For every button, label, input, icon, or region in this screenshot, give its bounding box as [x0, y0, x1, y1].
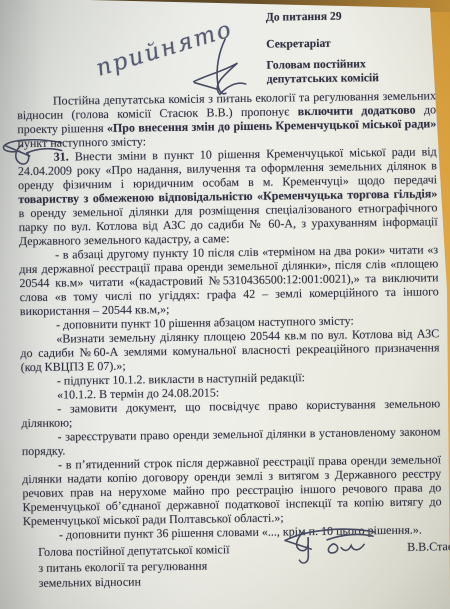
addressee-line: депутатських комісій	[267, 70, 443, 86]
question-reference: До питання 29	[266, 8, 442, 24]
signer-role-block: Голова постійної депутатської комісії з …	[38, 542, 269, 592]
addressee-secretariat: Секретаріат	[266, 35, 442, 51]
paragraph-quote-recognize-land: «Визнати земельну ділянку площею 20544 к…	[20, 326, 440, 374]
signer-role-line: земельних відносин	[39, 573, 269, 592]
text-run: - в абзаці другому пункту 10 після слів …	[19, 242, 439, 318]
signer-name: В.В.Стасюк	[407, 539, 450, 555]
paragraph-amendment-1: - в абзаці другому пункту 10 після слів …	[19, 242, 439, 318]
text-run: «Визнати земельну ділянку площею 20544 к…	[20, 326, 439, 374]
document-body: Постійна депутатська комісія з питань ек…	[17, 88, 442, 542]
photographed-document: До питання 29 Секретаріат Головам постій…	[0, 0, 450, 609]
text-run: - в п’ятиденний строк після державної ре…	[22, 452, 442, 528]
document-header: До питання 29 Секретаріат Головам постій…	[266, 8, 443, 86]
text-run: в оренду земельної ділянки для розміщенн…	[18, 200, 437, 248]
paragraph-item-31: 31. Внести зміни в пункт 10 рішення Крем…	[18, 144, 438, 248]
handwritten-signature-bottom	[281, 521, 382, 570]
text-run: Внести зміни в пункт 10 рішення Кременчу…	[18, 144, 437, 192]
paragraph-five-day-term: - в п’ятиденний строк після державної ре…	[22, 452, 442, 528]
item-number: 31.	[54, 149, 69, 163]
paragraph-intro: Постійна депутатська комісія з питань ек…	[17, 88, 437, 150]
